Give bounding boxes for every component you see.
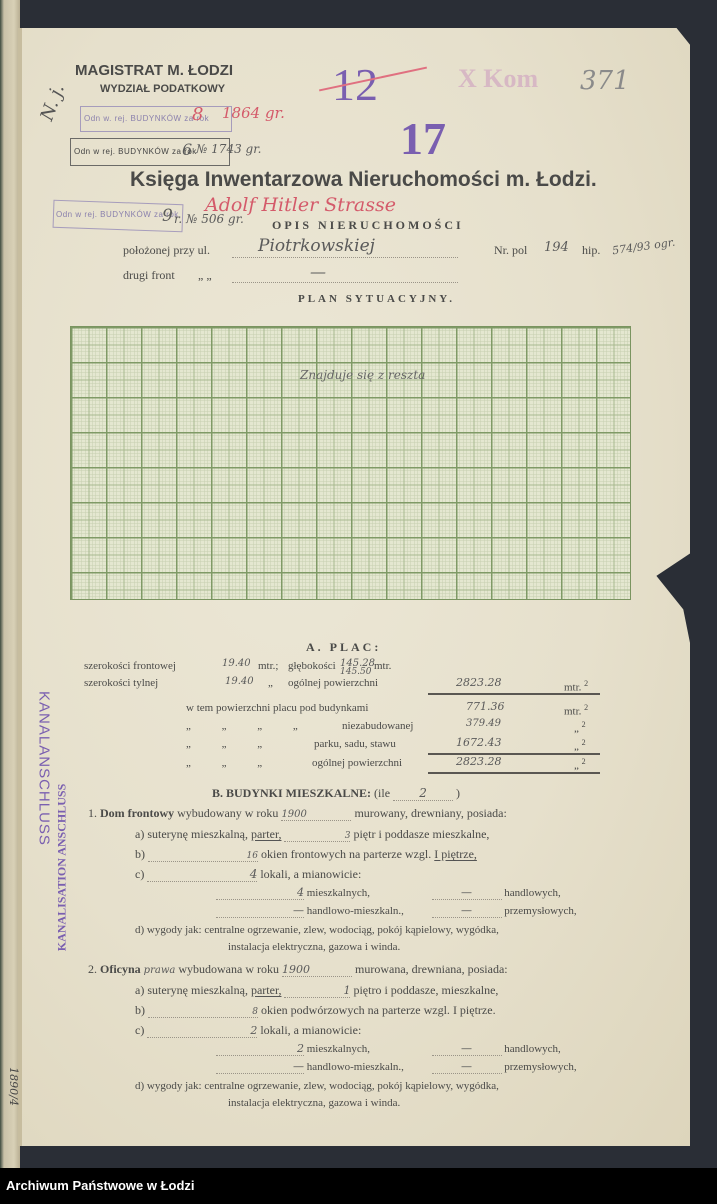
- a-parter: parter,: [251, 827, 282, 841]
- second-front-value: —: [310, 262, 326, 281]
- register-stamp-2-text: Odn w rej. BUDYNKÓW za rok: [74, 147, 197, 156]
- depth-correction: 145.50: [340, 667, 372, 677]
- front-house-c: c) 4 lokali, a mianowicie:: [135, 867, 361, 882]
- annex-row: 2. Oficyna prawa wybudowana w roku 1900 …: [88, 962, 508, 977]
- second-front-dotline: [232, 282, 458, 283]
- b-windows-value: 16: [148, 851, 258, 862]
- buildings-count-label: (ile: [374, 786, 390, 800]
- second-front-label: drugi front: [123, 268, 175, 283]
- site-plan-note: Znajduje się z reszta: [300, 368, 425, 382]
- park-rule: [428, 753, 600, 755]
- register-stamp-3-number: 9: [162, 206, 173, 226]
- undeveloped-value: 379.49: [466, 718, 501, 729]
- rear-width-value: 19.40: [225, 676, 254, 687]
- front-house-d-2: instalacja elektryczna, gazowa i winda.: [228, 941, 400, 953]
- ditto-row-1: „ „ „ „: [186, 720, 298, 732]
- mixed-label: handlowo-mieszkaln.,: [307, 905, 429, 917]
- annex-units-1: 2 mieszkalnych, — handlowych,: [216, 1042, 561, 1056]
- total-area-value: 2823.28: [456, 676, 502, 689]
- binding-strip: [0, 0, 20, 1168]
- a-floors-value: 1: [284, 984, 350, 998]
- c-label: c): [135, 867, 144, 881]
- squared-mark: 2: [582, 757, 586, 766]
- a-label: a): [135, 983, 144, 997]
- d-label: d): [135, 924, 144, 936]
- front-house-name: Dom frontowy: [100, 806, 174, 820]
- industrial-value: —: [432, 1060, 502, 1074]
- b-label: b): [135, 1003, 145, 1017]
- squared-mark: 2: [584, 703, 588, 712]
- undeveloped-unit: „ 2: [574, 720, 586, 735]
- commercial-value: —: [432, 1042, 502, 1056]
- front-house-year: 1900: [281, 809, 351, 821]
- front-house-number: 1.: [88, 806, 97, 820]
- residential-value: 4: [216, 886, 304, 900]
- register-stamp-1-text: Odn w. rej. BUDYNKÓW za rok: [84, 114, 209, 123]
- annex-name: Oficyna: [100, 962, 141, 976]
- hip-label: hip.: [582, 243, 600, 258]
- residential-value: 2: [216, 1042, 304, 1056]
- front-width-value: 19.40: [222, 658, 251, 669]
- c-units-label: lokali, a mianowicie:: [260, 1023, 361, 1037]
- a-attic: i poddasze, mieszkalne,: [384, 983, 498, 997]
- a-attic: i poddasze mieszkalne,: [378, 827, 489, 841]
- ditto-row-3: „ „ „: [186, 757, 262, 769]
- mixed-value: —: [216, 1060, 304, 1074]
- d-intro: wygody jak:: [147, 924, 202, 936]
- street-dotline: [232, 257, 458, 258]
- second-front-ditto: „ „: [198, 268, 212, 283]
- residential-label: mieszkalnych,: [307, 887, 429, 899]
- d-amenities-line-1: centralne ogrzewanie, zlew, wodociąg, po…: [204, 924, 499, 936]
- b-windows-value: 8: [148, 1007, 258, 1018]
- a-label: a): [135, 827, 144, 841]
- built-area-label: w tem powierzchni placu pod budynkami: [186, 702, 368, 714]
- street-value: Piotrkowskiej: [258, 236, 375, 256]
- side-stamp-kanalisation: KANALISATION ANSCHLUSS: [55, 758, 70, 978]
- industrial-value: —: [432, 904, 502, 918]
- d-intro: wygody jak:: [147, 1080, 202, 1092]
- total-area-label: ogólnej powierzchni: [288, 677, 378, 689]
- buildings-heading-text: B. BUDYNKI MIESZKALNE:: [212, 786, 371, 800]
- annex-material: murowana, drewniana, posiada:: [355, 962, 508, 976]
- buildings-count-close: ): [456, 786, 460, 800]
- c-units-value: 2: [147, 1024, 257, 1038]
- rear-width-label: szerokości tylnej: [84, 677, 158, 689]
- d-amenities-line-1: centralne ogrzewanie, zlew, wodociąg, po…: [204, 1080, 499, 1092]
- faded-stamp: X Kom: [458, 64, 538, 94]
- industrial-label: przemysłowych,: [504, 1061, 576, 1073]
- a-floors-value: 3: [284, 831, 350, 842]
- register-stamp-1-suffix: 1864 gr.: [222, 104, 285, 122]
- c-units-label: lokali, a mianowicie:: [260, 867, 361, 881]
- b-floor: I piętrze,: [434, 847, 477, 861]
- commercial-label: handlowych,: [504, 887, 561, 899]
- squared-mark: 2: [582, 738, 586, 747]
- left-margin-note: 1890/4: [7, 1067, 20, 1106]
- side-stamp-kanalanschluss: KANALANSCHLUSS: [36, 669, 53, 869]
- a-floors-label: piętr: [353, 827, 375, 841]
- page-left-edge: [18, 28, 22, 1146]
- plot-heading: A. PLAC:: [306, 640, 381, 655]
- b-floor: I piętrze.: [453, 1003, 496, 1017]
- register-stamp-3-text: Odn w rej. BUDYNKÓW za rok: [56, 210, 179, 219]
- street-label: położonej przy ul.: [123, 243, 210, 258]
- park-unit: „ 2: [574, 738, 586, 753]
- front-house-d: d) wygody jak: centralne ogrzewanie, zle…: [135, 924, 499, 936]
- industrial-label: przemysłowych,: [504, 905, 576, 917]
- front-house-a: a) suterynę mieszkalną, parter, 3 piętr …: [135, 827, 489, 842]
- nr-pol-label: Nr. pol: [494, 243, 527, 258]
- front-house-material: murowany, drewniany, posiada:: [354, 806, 506, 820]
- register-stamp-2-suffix: № 1743 gr.: [196, 142, 261, 156]
- c-label: c): [135, 1023, 144, 1037]
- institution-name: MAGISTRAT M. ŁODZI: [75, 62, 233, 79]
- commercial-label: handlowych,: [504, 1043, 561, 1055]
- annex-b: b) 8 okien podwórzowych na parterze wzgl…: [135, 1003, 496, 1018]
- register-stamp-1-number: 8: [192, 104, 203, 125]
- squared-mark: 2: [582, 720, 586, 729]
- front-house-built-label: wybudowany w roku: [177, 806, 278, 820]
- a-floors-label: piętro: [353, 983, 381, 997]
- buildings-heading: B. BUDYNKI MIESZKALNE: (ile 2 ): [212, 786, 460, 801]
- b-windows-label: okien podwórzowych na parterze wzgl.: [261, 1003, 450, 1017]
- plan-heading: PLAN SYTUACYJNY.: [298, 293, 455, 305]
- front-house-row: 1. Dom frontowy wybudowany w roku 1900 m…: [88, 806, 507, 821]
- total-area-unit: mtr. 2: [564, 679, 588, 694]
- archive-caption: Archiwum Państwowe w Łodzi: [6, 1178, 195, 1193]
- mixed-label: handlowo-mieszkaln.,: [307, 1061, 429, 1073]
- total-unit: „ 2: [574, 757, 586, 772]
- a-text-basement: suterynę mieszkalną,: [147, 983, 248, 997]
- total-area-rule: [428, 693, 600, 695]
- park-label: parku, sadu, stawu: [314, 738, 396, 750]
- rear-width-ditto: „: [268, 677, 273, 689]
- unit-label: mtr.: [564, 682, 581, 694]
- front-width-label: szerokości frontowej: [84, 660, 176, 672]
- front-house-b: b) 16 okien frontowych na parterze wzgl.…: [135, 847, 477, 862]
- annex-built-label: wybudowana w roku: [178, 962, 279, 976]
- register-stamp-2-number: 6: [182, 140, 192, 159]
- annex-c: c) 2 lokali, a mianowicie:: [135, 1023, 361, 1038]
- annex-d: d) wygody jak: centralne ogrzewanie, zle…: [135, 1080, 499, 1092]
- b-windows-label: okien frontowych na parterze wzgl.: [261, 847, 431, 861]
- total-value: 2823.28: [456, 755, 502, 768]
- d-label: d): [135, 1080, 144, 1092]
- annex-year: 1900: [282, 963, 352, 977]
- a-parter: parter,: [251, 983, 282, 997]
- annex-number: 2.: [88, 962, 97, 976]
- c-units-value: 4: [147, 867, 257, 882]
- mixed-value: —: [216, 904, 304, 918]
- unit-label: mtr.: [564, 706, 581, 718]
- total-label: ogólnej powierzchni: [312, 757, 402, 769]
- description-heading: OPIS NIERUCHOMOŚCI: [272, 218, 464, 233]
- park-value: 1672.43: [456, 736, 502, 749]
- annex-units-2: — handlowo-mieszkaln., — przemysłowych,: [216, 1060, 577, 1074]
- squared-mark: 2: [584, 679, 588, 688]
- document-title: Księga Inwentarzowa Nieruchomości m. Łod…: [130, 168, 597, 192]
- ditto-row-2: „ „ „: [186, 738, 262, 750]
- nr-pol-value: 194: [544, 240, 569, 255]
- buildings-count-value: 2: [393, 786, 453, 801]
- annex-side: prawa: [144, 965, 176, 976]
- violet-number: 17: [400, 112, 446, 165]
- front-house-units-2: — handlowo-mieszkaln., — przemysłowych,: [216, 904, 577, 918]
- depth-unit: mtr.: [374, 660, 391, 672]
- depth-label: głębokości: [288, 660, 336, 672]
- register-stamp-3-suffix: r. № 506 gr.: [174, 212, 244, 226]
- built-area-unit: mtr. 2: [564, 703, 588, 718]
- annex-d-2: instalacja elektryczna, gazowa i winda.: [228, 1097, 400, 1109]
- annex-a: a) suterynę mieszkalną, parter, 1 piętro…: [135, 983, 498, 998]
- a-text-basement: suterynę mieszkalną,: [147, 827, 248, 841]
- residential-label: mieszkalnych,: [307, 1043, 429, 1055]
- pencil-number: 371: [580, 66, 630, 96]
- b-label: b): [135, 847, 145, 861]
- undeveloped-label: niezabudowanej: [342, 720, 413, 732]
- front-width-unit: mtr.;: [258, 660, 278, 672]
- department-name: WYDZIAŁ PODATKOWY: [100, 83, 225, 95]
- total-rule: [428, 772, 600, 774]
- built-area-value: 771.36: [466, 700, 505, 713]
- commercial-value: —: [432, 886, 502, 900]
- front-house-units-1: 4 mieszkalnych, — handlowych,: [216, 886, 561, 900]
